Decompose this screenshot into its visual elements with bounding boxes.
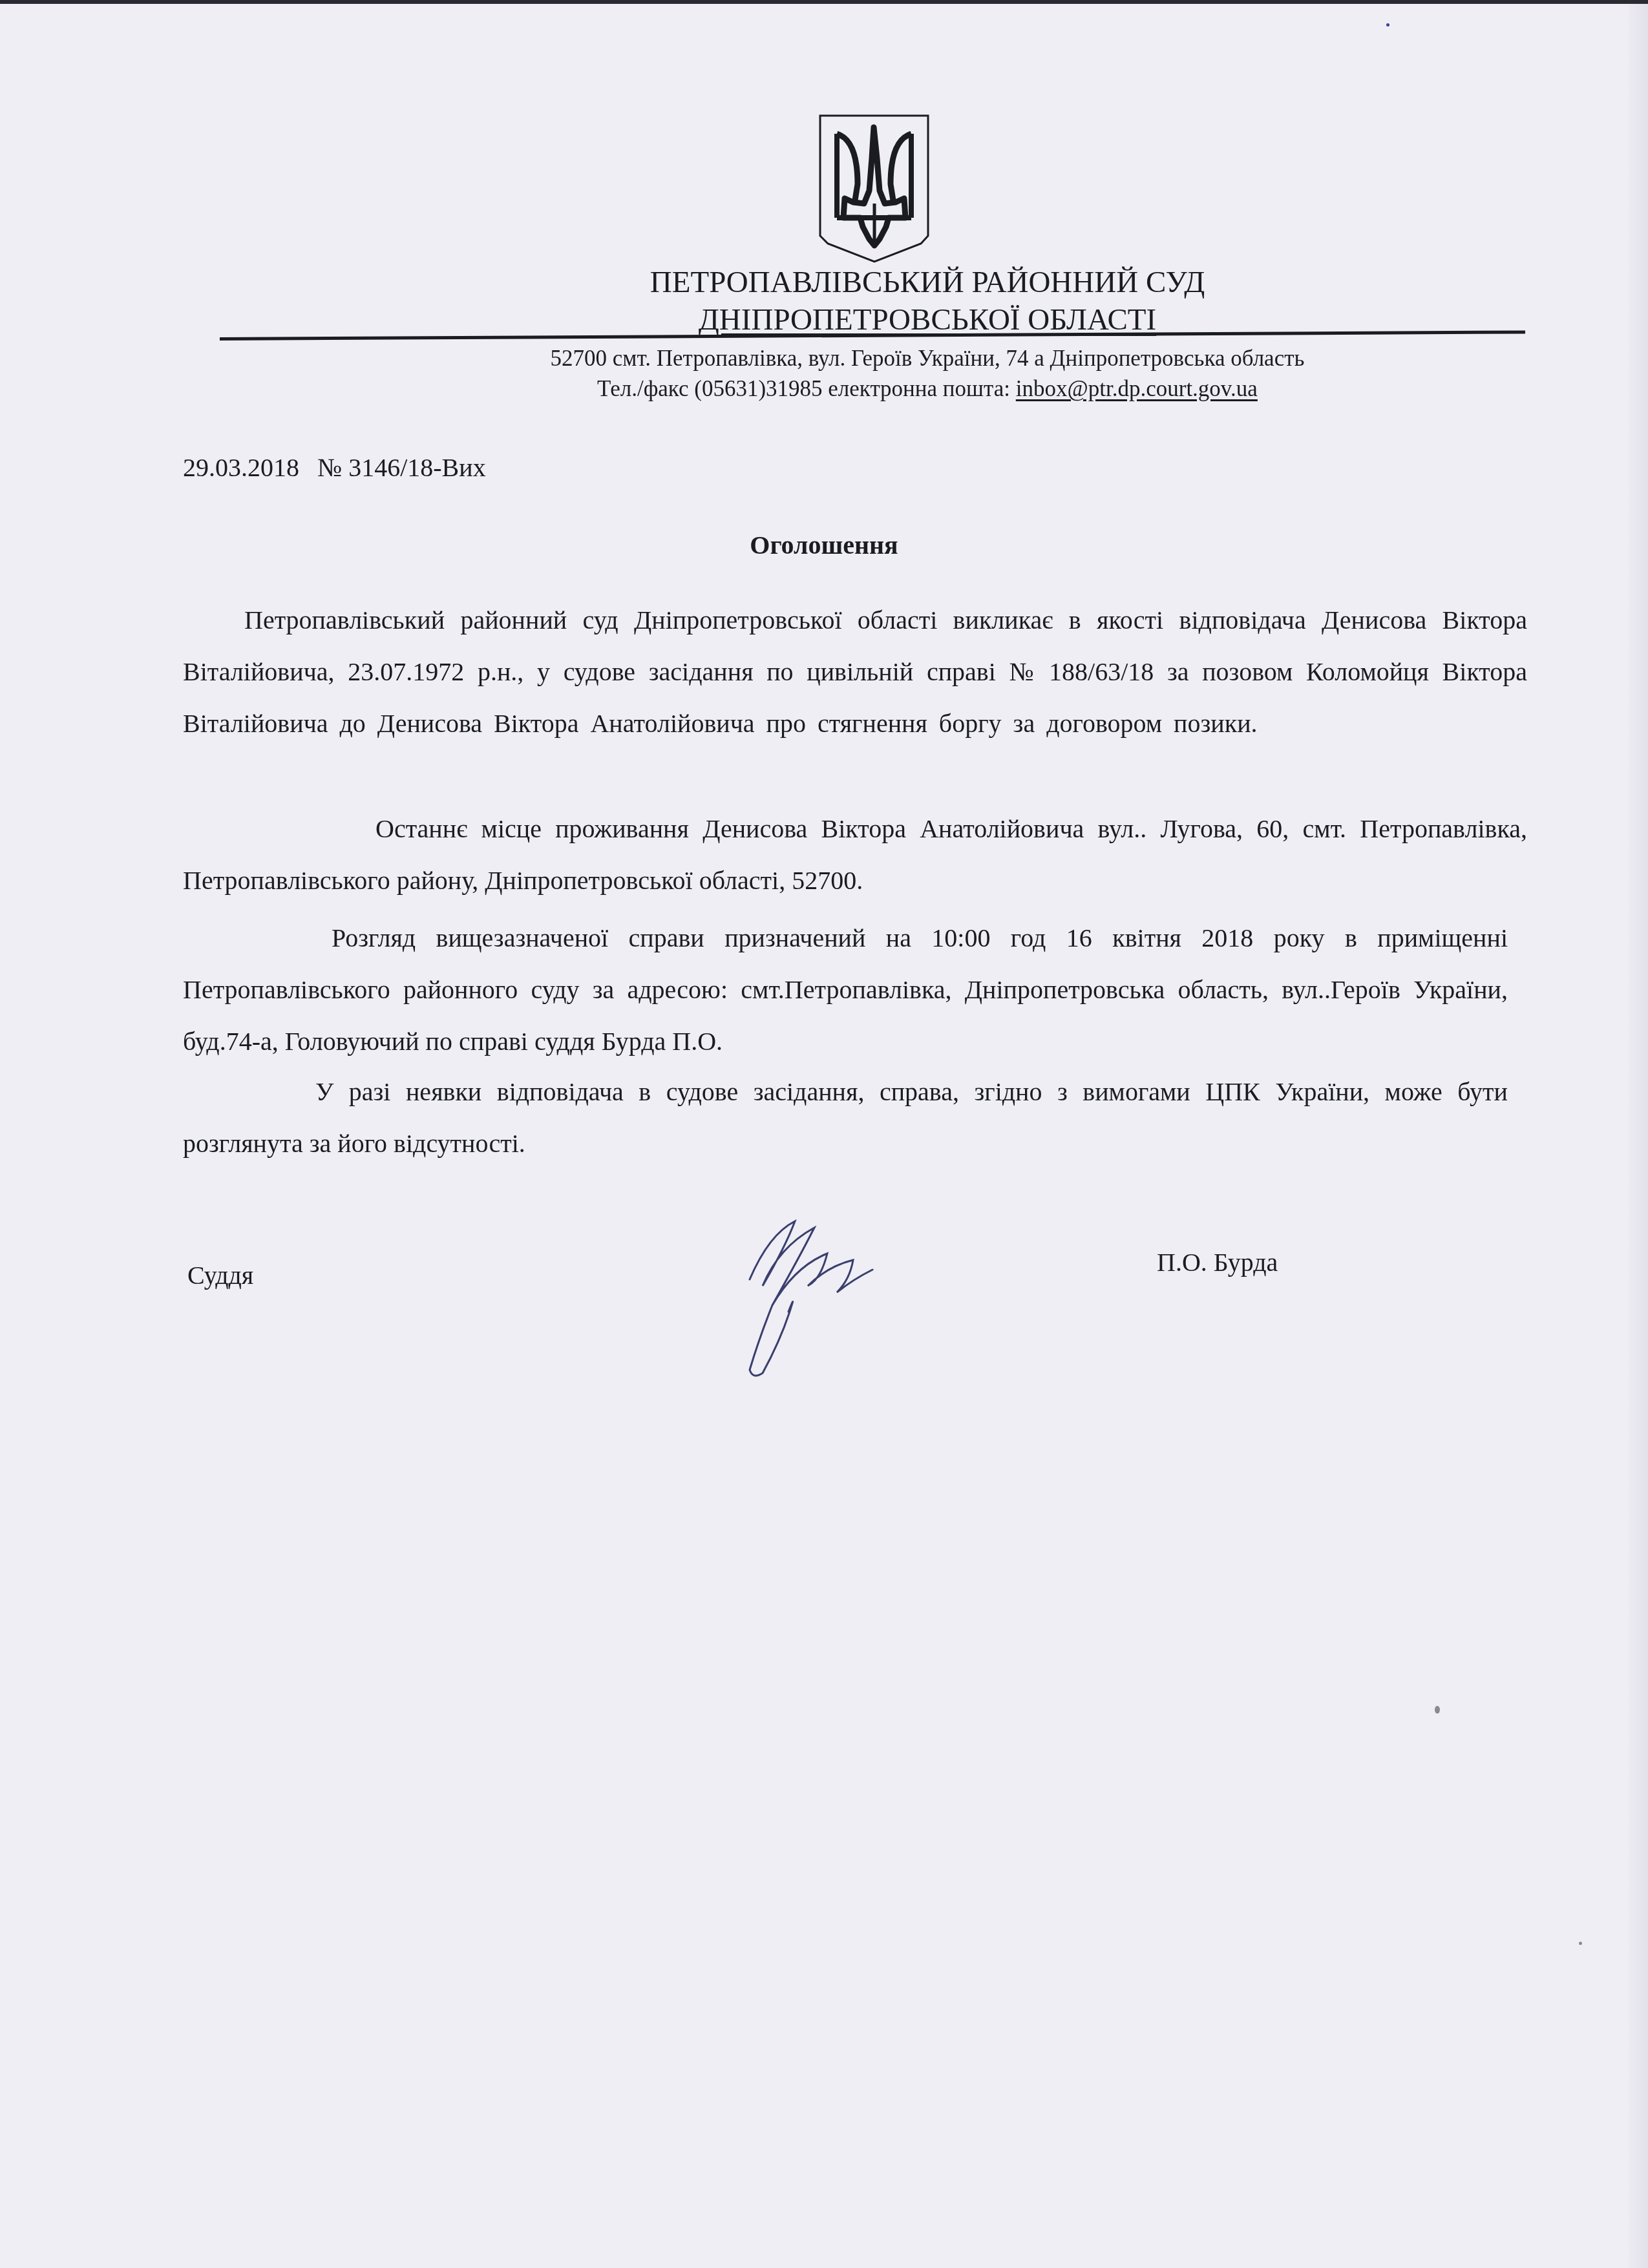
document-title: Оголошення [0,530,1648,560]
document-date: 29.03.2018 [183,453,299,482]
contact-label: Тел./факс (05631)31985 електронна пошта: [597,376,1016,401]
scan-speck [1579,1942,1582,1945]
court-name-line1: ПЕТРОПАВЛІВСЬКИЙ РАЙОННИЙ СУД [339,265,1516,300]
coat-of-arms-icon [818,113,931,265]
scan-speck [1386,23,1389,26]
paragraph-hearing-details: Розгляд вищезазначеної справи призначени… [183,912,1508,1067]
court-address: 52700 смт. Петропавлівка, вул. Героїв Ук… [339,346,1516,372]
scan-edge-right [1629,4,1648,2268]
paragraph-absence-notice: У разі неявки відповідача в судове засід… [183,1066,1508,1170]
paragraph-last-residence: Останнє місце проживання Денисова Віктор… [183,803,1527,907]
signer-name: П.О. Бурда [1157,1247,1278,1277]
document-number: № 3146/18-Вих [317,453,486,482]
signer-role: Суддя [187,1260,253,1290]
signature-icon [724,1208,969,1383]
email-link[interactable]: inbox@ptr.dp.court.gov.ua [1016,376,1258,401]
scan-edge-top [0,0,1648,4]
paragraph-summons: Петропавлівський районний суд Дніпропетр… [183,594,1527,750]
document-reference: 29.03.2018№ 3146/18-Вих [183,452,486,483]
court-contact: Тел./факс (05631)31985 електронна пошта:… [339,376,1516,402]
scan-speck [1435,1706,1440,1714]
